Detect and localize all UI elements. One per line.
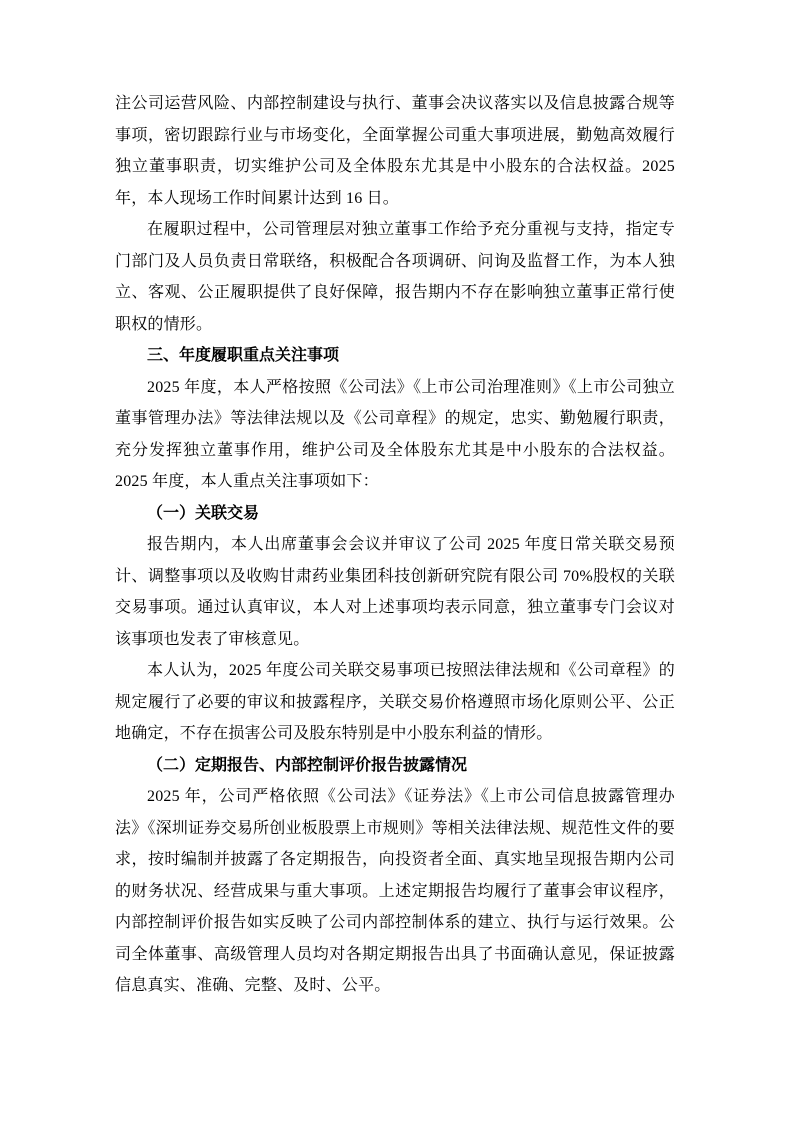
heading-section-three-annual-focus: 三、年度履职重点关注事项 bbox=[115, 340, 675, 372]
paragraph-related-transactions-review: 报告期内，本人出席董事会会议并审议了公司 2025 年度日常关联交易预计、调整事… bbox=[115, 529, 675, 655]
paragraph-related-transactions-opinion: 本人认为，2025 年度公司关联交易事项已按照法律法规和《公司章程》的规定履行了… bbox=[115, 655, 675, 750]
document-page: 注公司运营风险、内部控制建设与执行、董事会决议落实以及信息披露合规等事项，密切跟… bbox=[0, 0, 793, 1122]
paragraph-periodic-reports-detail: 2025 年，公司严格依照《公司法》《证券法》《上市公司信息披露管理办法》《深圳… bbox=[115, 781, 675, 1002]
paragraph-legal-basis: 2025 年度，本人严格按照《公司法》《上市公司治理准则》《上市公司独立董事管理… bbox=[115, 372, 675, 498]
paragraph-duty-performance-continued: 注公司运营风险、内部控制建设与执行、董事会决议落实以及信息披露合规等事项，密切跟… bbox=[115, 88, 675, 214]
heading-periodic-reports-disclosure: （二）定期报告、内部控制评价报告披露情况 bbox=[115, 750, 675, 782]
heading-related-party-transactions: （一）关联交易 bbox=[115, 498, 675, 530]
paragraph-company-support: 在履职过程中，公司管理层对独立董事工作给予充分重视与支持，指定专门部门及人员负责… bbox=[115, 214, 675, 340]
